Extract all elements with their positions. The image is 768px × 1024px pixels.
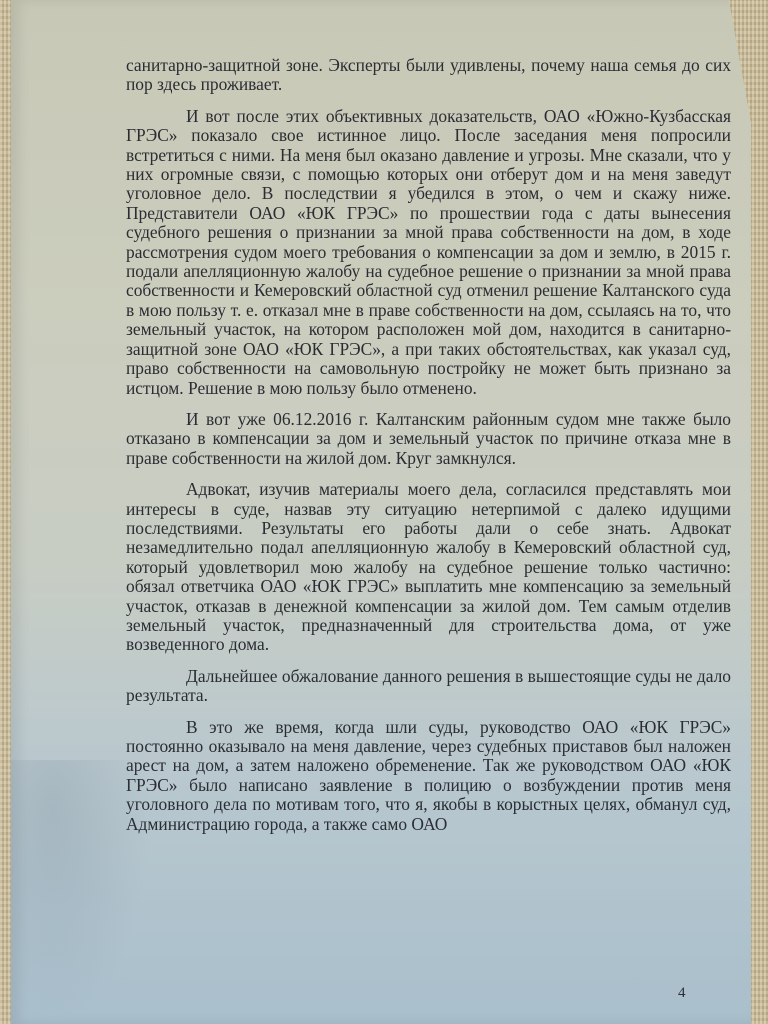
document-page: санитарно-защитной зоне. Эксперты были у…: [11, 0, 751, 1024]
paragraph-3: И вот уже 06.12.2016 г. Калтанским район…: [126, 410, 731, 468]
page-number: 4: [678, 985, 686, 1002]
document-body: санитарно-защитной зоне. Эксперты были у…: [126, 56, 731, 846]
paragraph-2: И вот после этих объективных доказательс…: [126, 107, 731, 398]
paragraph-1: санитарно-защитной зоне. Эксперты были у…: [126, 56, 731, 95]
paragraph-5: Дальнейшее обжалование данного решения в…: [126, 667, 731, 706]
paragraph-4: Адвокат, изучив материалы моего дела, со…: [126, 480, 731, 655]
paragraph-6: В это же время, когда шли суды, руководс…: [126, 718, 731, 834]
